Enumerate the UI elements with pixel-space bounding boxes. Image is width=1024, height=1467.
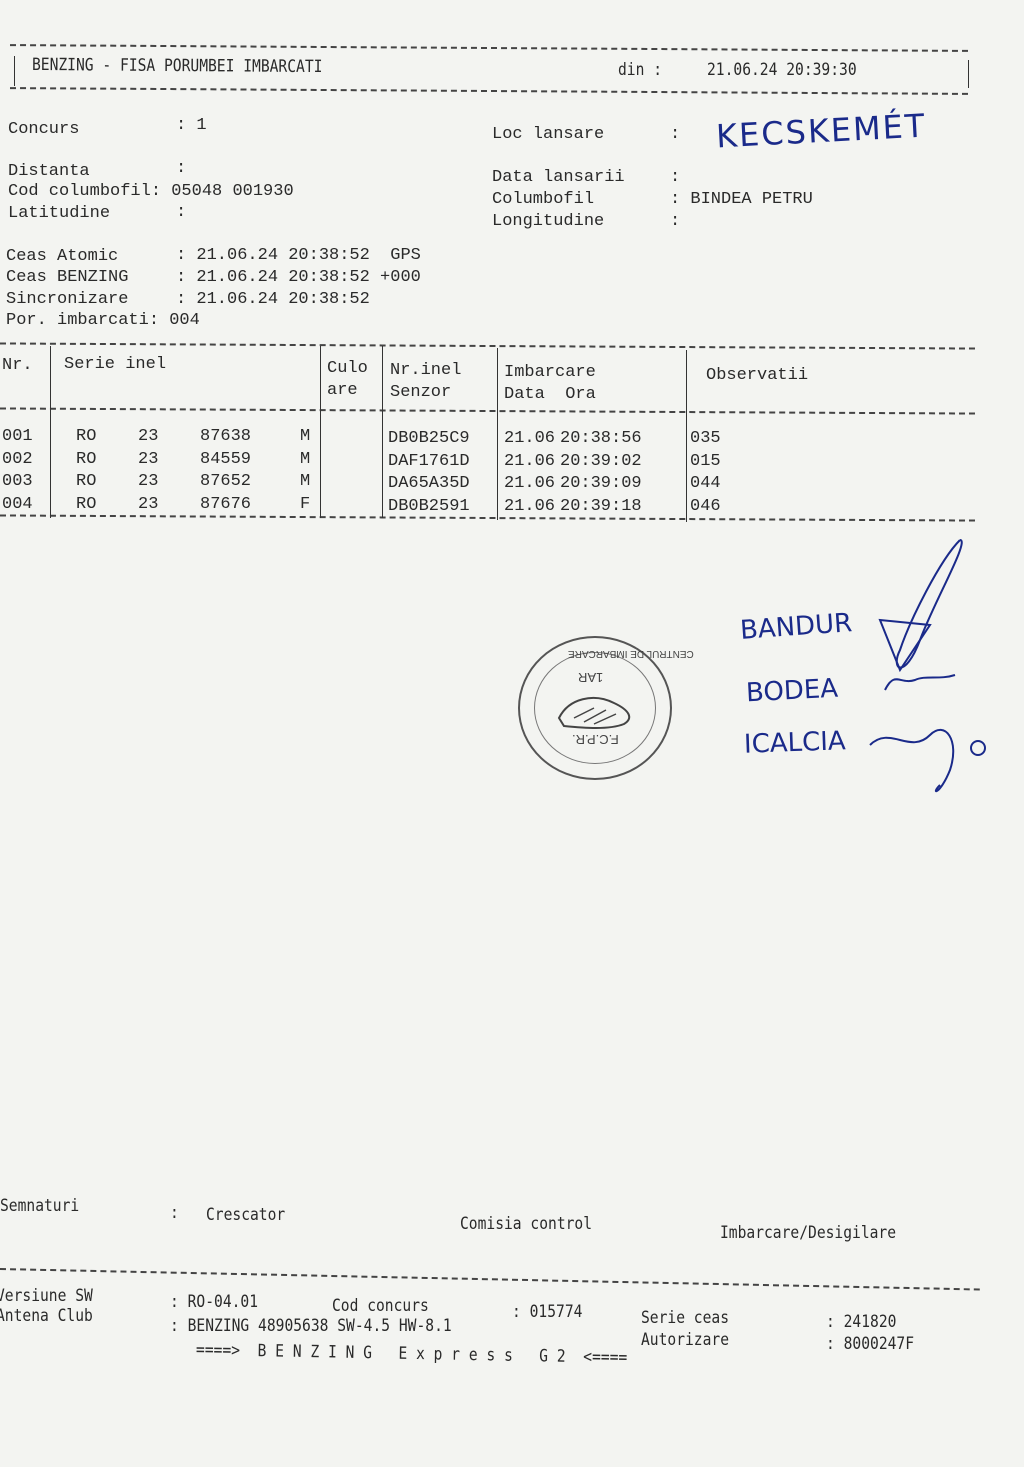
longitudine-label: Longitudine (492, 212, 604, 231)
signature-imbarcare-desigilare: Imbarcare/Desigilare (720, 1223, 896, 1243)
ceas-atomic-label: Ceas Atomic (6, 247, 118, 266)
cell-senzor: DB0B25C9 (388, 429, 470, 448)
cell-data: 21.06 (504, 429, 555, 448)
cell-obs: 044 (690, 474, 721, 493)
header-nr-inel-1: Nr.inel (390, 361, 461, 380)
distanta-label: Distanta (8, 162, 90, 181)
header-bottom-border (10, 87, 968, 95)
cell-data: 21.06 (504, 474, 555, 493)
por-imbarcati-value: 004 (169, 311, 200, 330)
versiune-sw-label: Versiune SW (0, 1286, 93, 1306)
cell-obs: 046 (690, 497, 721, 516)
cell-ora: 20:39:09 (560, 474, 642, 493)
cod-columbofil-value: 05048 001930 (171, 182, 293, 201)
ceas-atomic-source: GPS (390, 246, 421, 265)
cell-data: 21.06 (504, 452, 555, 471)
versiune-sw-value: RO-04.01 (188, 1292, 258, 1312)
cell-nr: 003 (2, 472, 33, 491)
header-top-border (10, 44, 968, 52)
header-serie-inel: Serie inel (64, 355, 166, 374)
cell-ora: 20:39:18 (560, 497, 642, 516)
signature-name-2: BODEA (745, 674, 839, 709)
cell-nr: 001 (2, 427, 33, 446)
concurs-label: Concurs (8, 120, 79, 139)
cell-an: 23 (138, 450, 158, 469)
signature-comisia-control: Comisia control (460, 1214, 592, 1234)
concurs-value: 1 (196, 116, 206, 135)
header-imbarcare-1: Imbarcare (504, 363, 596, 382)
por-imbarcati-label: Por. imbarcati (6, 311, 149, 330)
table-header-separator (0, 407, 975, 414)
header-observatii: Observatii (706, 366, 808, 385)
signature-crescator: Crescator (206, 1205, 285, 1225)
pigeon-emblem-icon (554, 688, 638, 732)
columbofil-label: Columbofil (492, 190, 594, 209)
brand-banner: ====> B E N Z I N G E x p r e s s G 2 <=… (196, 1340, 628, 1368)
loc-lansare-handwritten: KECSKEMÉT (715, 107, 927, 156)
cod-columbofil-label: Cod columbofil (8, 182, 151, 201)
sincronizare-label: Sincronizare (6, 290, 128, 309)
cell-an: 23 (138, 495, 158, 514)
cell-serie: 87676 (200, 495, 251, 514)
serie-ceas-value: 241820 (844, 1312, 897, 1332)
cell-nr: 002 (2, 450, 33, 469)
header-nr-inel-2: Senzor (390, 383, 451, 402)
columbofil-value: BINDEA PETRU (690, 190, 812, 209)
header-right-border (968, 60, 969, 88)
data-lansarii-label: Data lansarii (492, 168, 625, 187)
ceas-benzing-value: 21.06.24 20:38:52 (196, 268, 369, 287)
antena-club-value: BENZING 48905638 SW-4.5 HW-8.1 (188, 1316, 452, 1336)
cell-an: 23 (138, 472, 158, 491)
header-left-border (14, 56, 15, 86)
header-culoare-1: Culo (327, 359, 368, 378)
cell-obs: 035 (690, 429, 721, 448)
header-nr: Nr. (2, 356, 33, 375)
signature-scribbles-icon (860, 530, 990, 800)
cell-serie: 87638 (200, 427, 251, 446)
cell-sex: F (300, 495, 310, 514)
antena-club-label: Antena Club (0, 1306, 93, 1326)
cell-nr: 004 (2, 495, 33, 514)
signature-name-1: BANDUR (739, 608, 853, 646)
cell-tara: RO (76, 450, 96, 469)
footer-separator (0, 1268, 980, 1291)
cell-senzor: DA65A35D (388, 474, 470, 493)
cell-tara: RO (76, 427, 96, 446)
cell-serie: 84559 (200, 450, 251, 469)
latitudine-label: Latitudine (8, 204, 110, 223)
header-culoare-2: are (327, 381, 358, 400)
print-date-value: 21.06.24 20:39:30 (707, 60, 857, 80)
cell-tara: RO (76, 495, 96, 514)
table-bottom-border (0, 514, 975, 521)
table-top-border (0, 342, 975, 349)
print-date-label: din : (618, 60, 662, 80)
cell-serie: 87652 (200, 472, 251, 491)
ceas-atomic-value: 21.06.24 20:38:52 (196, 246, 369, 265)
club-stamp: CENTRUL DE IMBARCARE 1AR F.C.P.R. (518, 636, 672, 780)
cell-ora: 20:38:56 (560, 429, 642, 448)
ceas-benzing-label: Ceas BENZING (6, 268, 128, 287)
document-title: BENZING - FISA PORUMBEI IMBARCATI (32, 55, 323, 77)
cell-ora: 20:39:02 (560, 452, 642, 471)
signatures-label: Semnaturi (0, 1196, 79, 1216)
loc-lansare-label: Loc lansare (492, 125, 604, 144)
cod-concurs-label: Cod concurs (332, 1296, 429, 1316)
serie-ceas-label: Serie ceas (641, 1308, 729, 1328)
cell-an: 23 (138, 427, 158, 446)
cell-senzor: DAF1761D (388, 452, 470, 471)
signature-name-3: ICALCIA (744, 726, 847, 760)
sincronizare-value: 21.06.24 20:38:52 (196, 290, 369, 309)
autorizare-value: 8000247F (844, 1334, 914, 1354)
cell-tara: RO (76, 472, 96, 491)
autorizare-label: Autorizare (641, 1330, 729, 1350)
header-imbarcare-2: Data Ora (504, 385, 596, 404)
ceas-benzing-offset: +000 (380, 268, 421, 287)
cell-senzor: DB0B2591 (388, 497, 470, 516)
cell-sex: M (300, 472, 310, 491)
cell-obs: 015 (690, 452, 721, 471)
cell-sex: M (300, 450, 310, 469)
cod-concurs-value: 015774 (530, 1302, 583, 1322)
cell-data: 21.06 (504, 497, 555, 516)
cell-sex: M (300, 427, 310, 446)
